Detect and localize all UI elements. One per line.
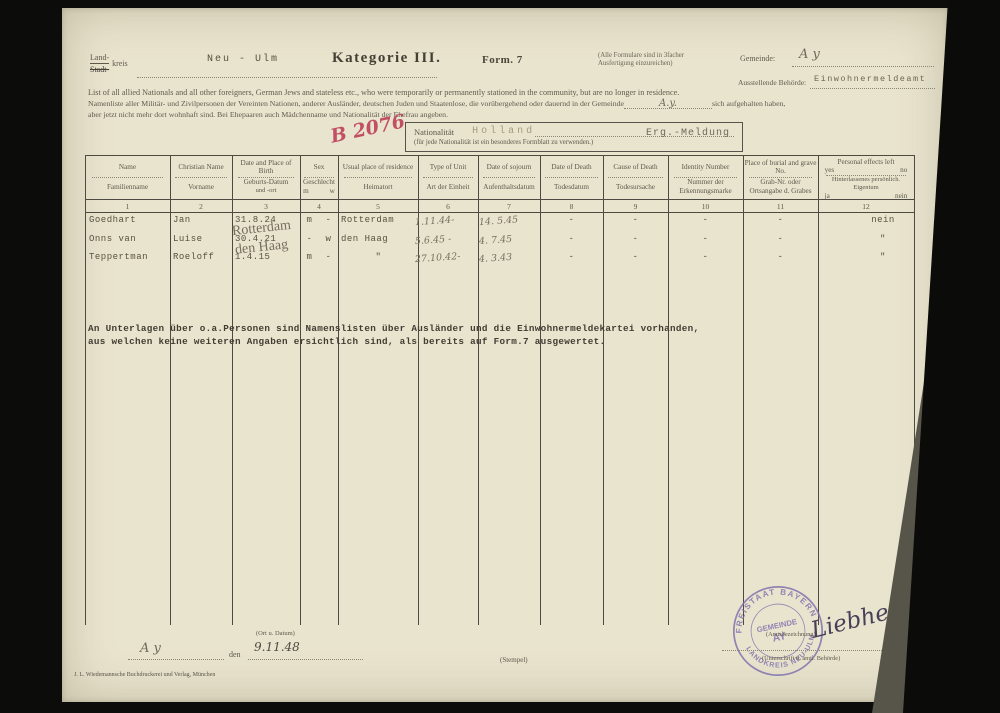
- col-header-name: Name Familienname: [85, 156, 170, 198]
- cell-nummer: -: [668, 234, 743, 248]
- place-value: A y: [140, 641, 161, 656]
- cell-todesdatum: -: [540, 234, 603, 248]
- col-header-grab: Place of burial and grave No. Grab-Nr. o…: [743, 156, 818, 198]
- behoerde-label: Ausstellende Behörde:: [738, 78, 806, 87]
- col-number: 8: [540, 200, 603, 212]
- scanned-document: Land- Stadt- kreis Neu - Ulm Kategorie I…: [0, 0, 1000, 713]
- cell-todesursache: -: [603, 234, 668, 248]
- cell-sex-m: m: [301, 252, 318, 266]
- records-note-line1: An Unterlagen über o.a.Personen sind Nam…: [88, 323, 699, 334]
- date-dotted-line: [248, 658, 363, 660]
- col-line: [338, 155, 339, 625]
- cell-vorname: Luise: [173, 234, 230, 248]
- cell-aufenthalt: 14. 5.45: [479, 213, 540, 231]
- cell-einheit: 27.10.42-: [415, 250, 478, 268]
- col-number: 6: [418, 200, 478, 212]
- stempel-label: (Stempel): [500, 656, 528, 664]
- nationality-value: Holland: [472, 126, 535, 137]
- cell-grab: -: [743, 234, 818, 248]
- col-number: 1: [85, 200, 170, 212]
- col-line: [818, 155, 819, 625]
- intro-de-gemeinde-value: A.y.: [624, 99, 712, 109]
- erg-meldung: Erg.-Meldung: [646, 128, 730, 139]
- col-number: 3: [232, 200, 300, 212]
- cell-name: Onns van: [89, 234, 167, 248]
- amtsbezeichnung-label: (Amtsbezeichnung): [766, 631, 816, 638]
- cell-sex-m: -: [301, 234, 318, 248]
- intro-line-de: Namenliste aller Militär- und Zivilperso…: [88, 99, 785, 109]
- cell-grab: -: [743, 215, 818, 229]
- cell-sex-w: w: [320, 234, 337, 248]
- gemeinde-dotted-line: [792, 65, 934, 67]
- kreis-value: Neu - Ulm: [207, 54, 279, 65]
- cell-sex-w: -: [320, 215, 337, 229]
- kreis-dotted-line: [137, 76, 437, 78]
- cell-name: Teppertman: [89, 252, 167, 266]
- cell-todesdatum: -: [540, 252, 603, 266]
- col-header-geburt: Date and Place of Birth Geburts-Datumund…: [232, 156, 300, 198]
- behoerde-value: Einwohnermeldeamt: [814, 74, 926, 84]
- page-title: Kategorie III.: [332, 50, 441, 67]
- col-header-vorname: Christian Name Vorname: [170, 156, 232, 198]
- cell-nummer: -: [668, 215, 743, 229]
- nationality-label: Nationalität: [414, 127, 454, 137]
- col-header-einheit: Type of Unit Art der Einheit: [418, 156, 478, 198]
- kreis-label-land: Land-: [90, 53, 109, 62]
- cell-name: Goedhart: [89, 215, 167, 229]
- col-number: 5: [338, 200, 418, 212]
- col-number: 4: [300, 200, 338, 212]
- behoerde-dotted-line: [810, 87, 935, 89]
- cell-todesursache: -: [603, 252, 668, 266]
- copies-note: (Alle Formulare sind in 3facher Ausferti…: [598, 52, 728, 68]
- cell-sex-w: -: [320, 252, 337, 266]
- cell-sex-m: m: [301, 215, 318, 229]
- place-dotted-line: [128, 658, 224, 660]
- cell-todesursache: -: [603, 215, 668, 229]
- form-paper: Land- Stadt- kreis Neu - Ulm Kategorie I…: [62, 8, 948, 702]
- ort-datum-label: (Ort u. Datum): [256, 630, 295, 637]
- col-number: 11: [743, 200, 818, 212]
- unterschrift-label: (Unterschrift d. amtl. Behörde): [762, 655, 840, 662]
- copies-note-line2: Ausfertigung einzureichen): [598, 60, 728, 68]
- persons-table: Name Familienname Christian Name Vorname…: [85, 155, 915, 625]
- date-value: 9.11.48: [254, 640, 300, 654]
- kreis-label-stack: Land- Stadt-: [90, 53, 109, 74]
- kreis-label-suffix: kreis: [112, 59, 128, 68]
- copies-note-line1: (Alle Formulare sind in 3facher: [598, 52, 728, 60]
- form-number: Form. 7: [482, 54, 523, 66]
- col-line: [170, 155, 171, 625]
- cell-heimatort: Rotterdam: [341, 215, 416, 229]
- cell-todesdatum: -: [540, 215, 603, 229]
- table-number-rule: [85, 212, 915, 213]
- kreis-block: Land- Stadt- kreis: [90, 53, 128, 74]
- kreis-divider: [90, 63, 109, 64]
- den-label: den: [229, 650, 241, 659]
- cell-aufenthalt: 4. 3.43: [479, 250, 540, 268]
- cell-aufenthalt: 4. 7.45: [479, 232, 540, 250]
- col-header-aufenthalt: Date of sojourn Aufenthaltsdatum: [478, 156, 540, 198]
- cell-einheit: 1.11.44-: [415, 213, 478, 231]
- col-number: 10: [668, 200, 743, 212]
- gemeinde-label: Gemeinde:: [740, 54, 775, 63]
- printer-imprint: J. L. Wiedemannsche Buchdruckerei und Ve…: [74, 672, 215, 678]
- cell-effects: ": [855, 234, 911, 248]
- cell-nummer: -: [668, 252, 743, 266]
- col-line: [85, 155, 86, 625]
- cell-effects: nein: [855, 215, 911, 229]
- records-note-line2: aus welchen keine weiteren Angaben ersic…: [88, 336, 605, 347]
- intro-de-part1: Namenliste aller Militär- und Zivilperso…: [88, 99, 624, 109]
- col-header-todesdatum: Date of Death Todesdatum: [540, 156, 603, 198]
- col-number: 7: [478, 200, 540, 212]
- intro-line-en: List of all allied Nationals and all oth…: [88, 88, 679, 98]
- col-header-sex: Sex Geschlecht mw: [300, 156, 338, 198]
- col-header-heimatort: Usual place of residence Heimatort: [338, 156, 418, 198]
- kreis-label-stadt-struck: Stadt-: [90, 65, 109, 74]
- nationality-note: (für jede Nationalität ist ein besondere…: [414, 139, 734, 146]
- cell-grab: -: [743, 252, 818, 266]
- cell-heimatort: den Haag: [341, 234, 416, 248]
- col-header-todesursache: Cause of Death Todesursache: [603, 156, 668, 198]
- col-number: 12: [818, 200, 914, 212]
- cell-heimatort: ": [341, 252, 416, 266]
- col-header-effects: Personal effects left yesno Hinterlassen…: [818, 156, 914, 198]
- cell-vorname: Jan: [173, 215, 230, 229]
- col-number: 9: [603, 200, 668, 212]
- cell-effects: ": [855, 252, 911, 266]
- col-header-erkennungsmarke: Identity Number Nummer der Erkennungsmar…: [668, 156, 743, 198]
- gemeinde-value: A y: [799, 47, 820, 62]
- intro-de-part2: sich aufgehalten haben,: [712, 99, 785, 109]
- cell-einheit: 5.6.45 -: [415, 232, 478, 250]
- col-number: 2: [170, 200, 232, 212]
- cell-vorname: Roeloff: [173, 252, 230, 266]
